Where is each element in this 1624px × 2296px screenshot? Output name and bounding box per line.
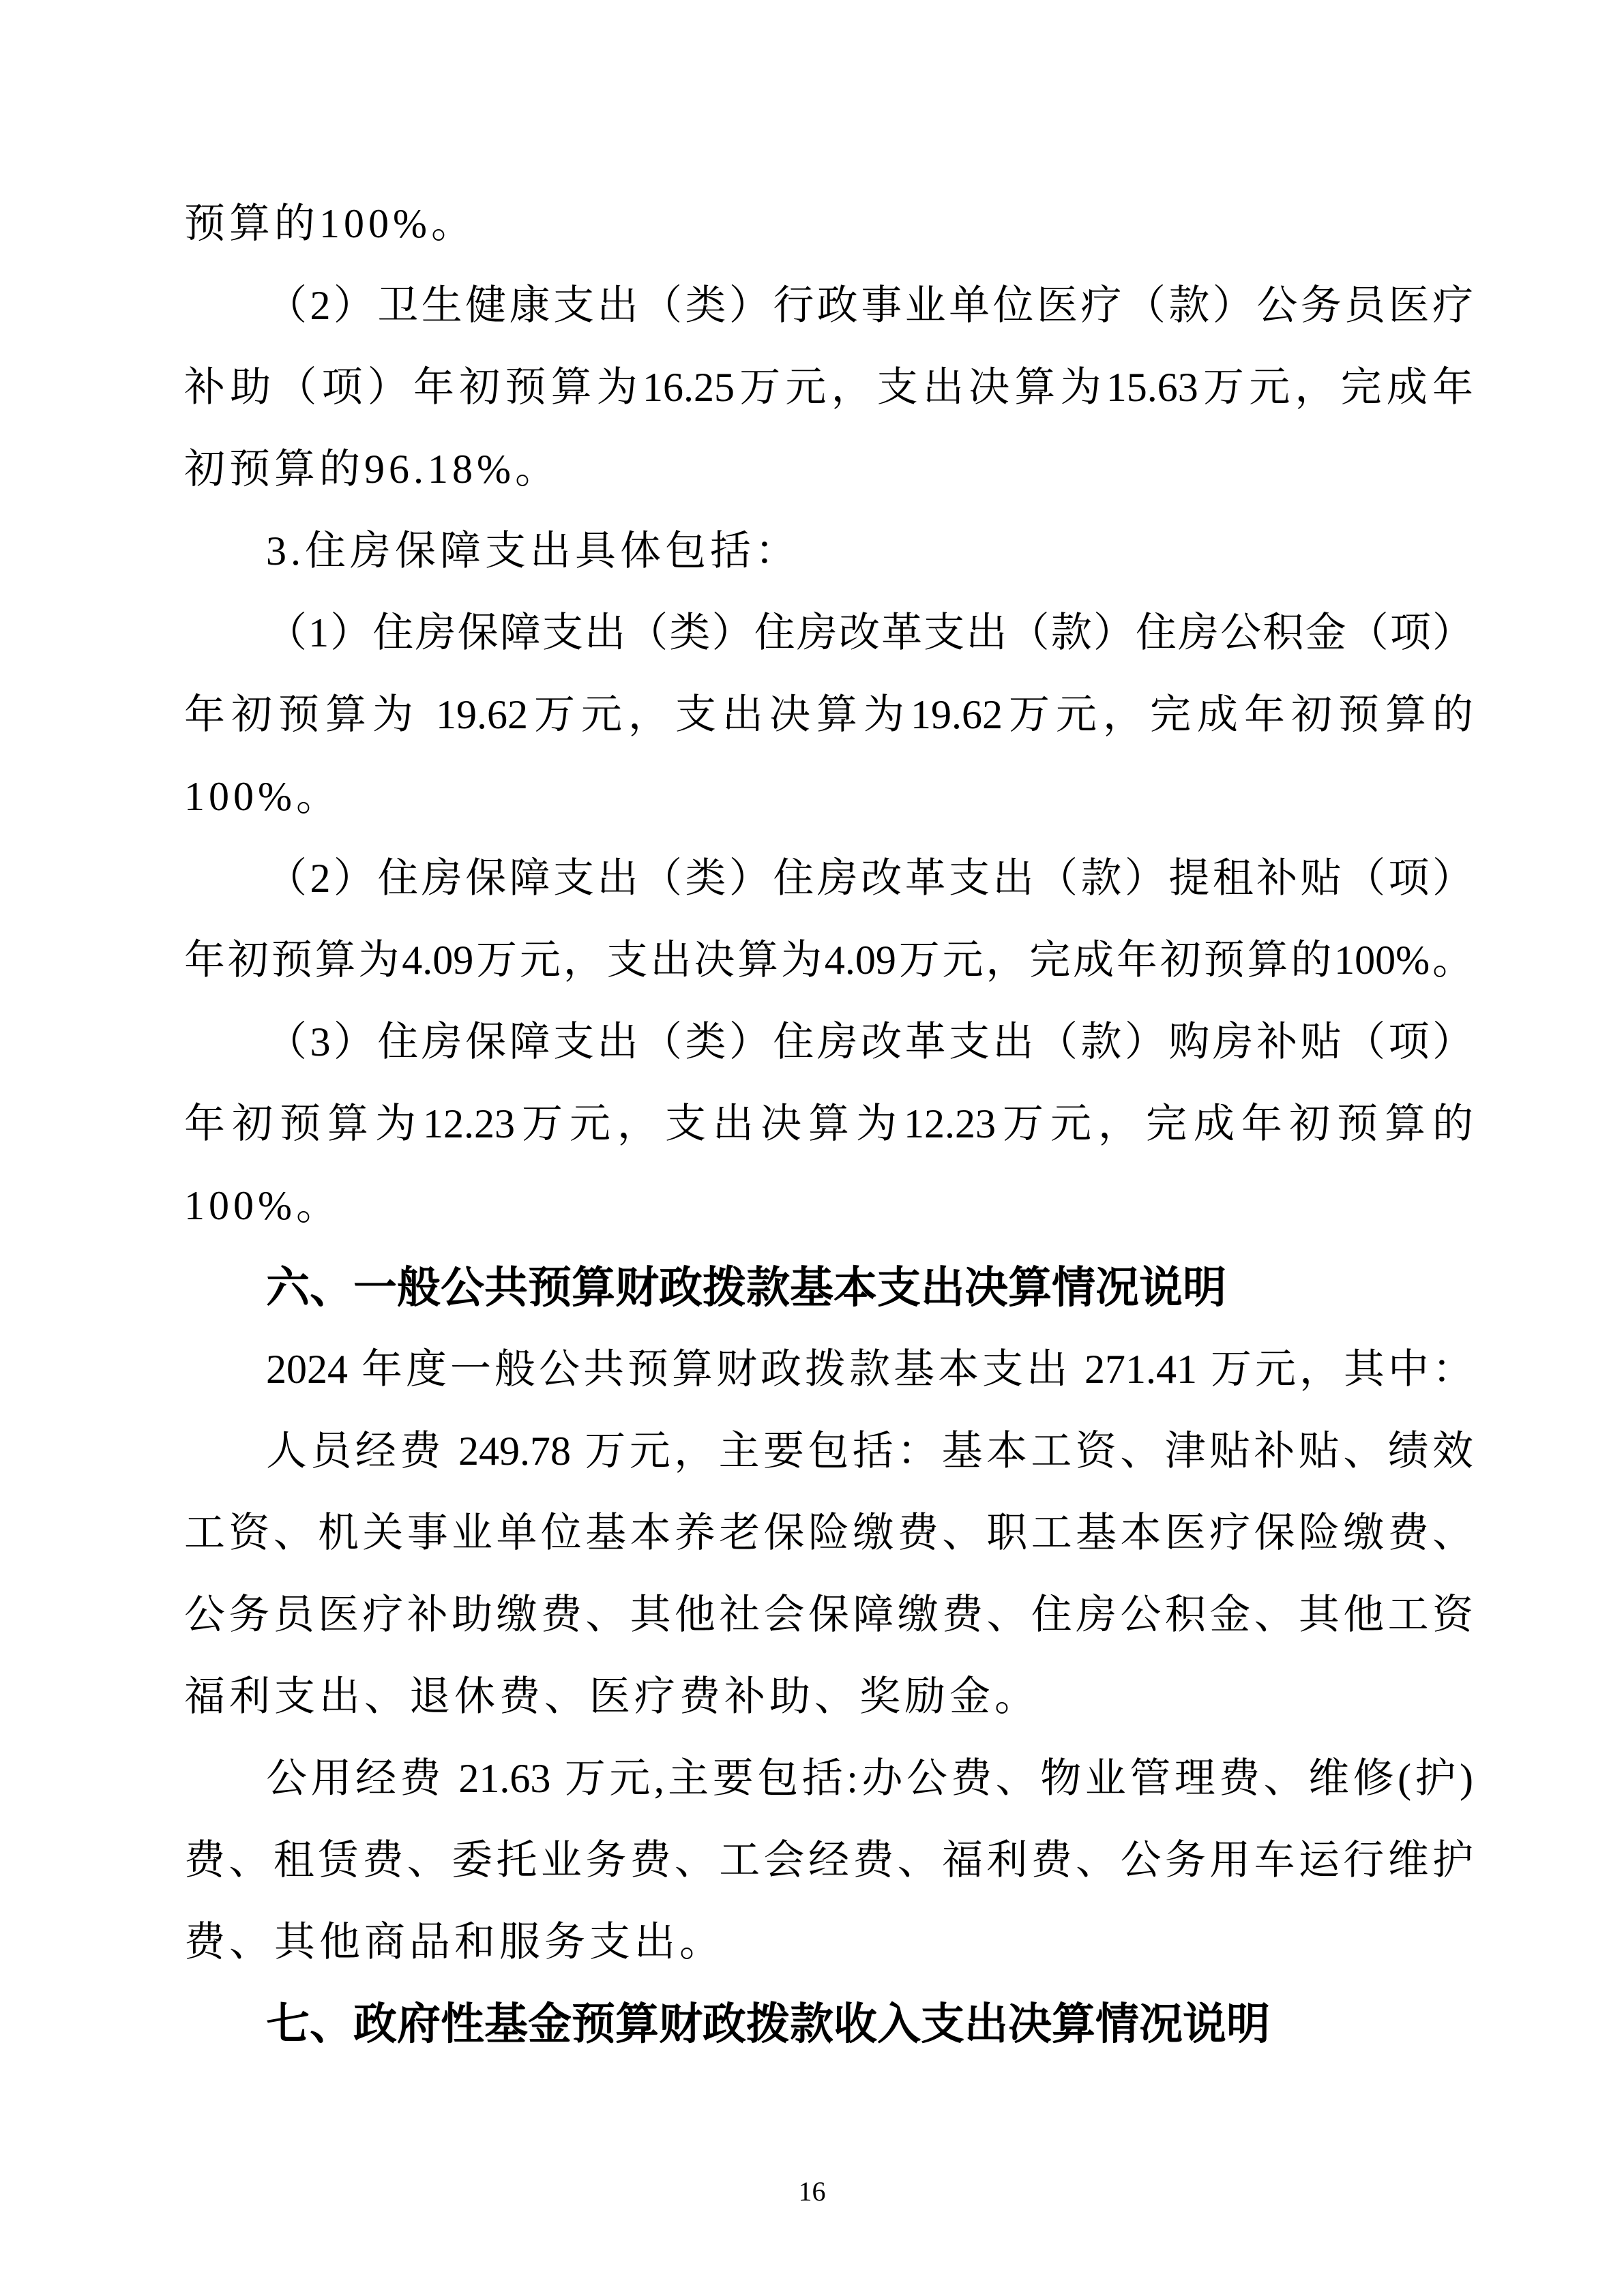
text-line: 补助（项）年初预算为16.25万元，支出决算为15.63万元，完成年 (184, 346, 1473, 428)
text-line: 100%。 (184, 756, 1473, 837)
page-body: 预算的100%。（2）卫生健康支出（类）行政事业单位医疗（款）公务员医疗补助（项… (184, 183, 1473, 2065)
text-line: 预算的100%。 (184, 183, 1473, 265)
text-line: 福利支出、退休费、医疗费补助、奖励金。 (184, 1656, 1473, 1738)
text-line: （1）住房保障支出（类）住房改革支出（款）住房公积金（项） (184, 592, 1473, 674)
text-line: 年初预算为 19.62万元，支出决算为19.62万元，完成年初预算的 (184, 674, 1473, 756)
text-line: （2）卫生健康支出（类）行政事业单位医疗（款）公务员医疗 (184, 265, 1473, 346)
text-line: 费、租赁费、委托业务费、工会经费、福利费、公务用车运行维护 (184, 1819, 1473, 1901)
text-line: 人员经费 249.78 万元，主要包括：基本工资、津贴补贴、绩效 (184, 1410, 1473, 1492)
text-line: （2）住房保障支出（类）住房改革支出（款）提租补贴（项） (184, 837, 1473, 919)
document-page: 预算的100%。（2）卫生健康支出（类）行政事业单位医疗（款）公务员医疗补助（项… (0, 0, 1624, 2296)
text-line: 初预算的96.18%。 (184, 428, 1473, 510)
text-line: 工资、机关事业单位基本养老保险缴费、职工基本医疗保险缴费、 (184, 1492, 1473, 1574)
text-line: 年初预算为12.23万元，支出决算为12.23万元，完成年初预算的 (184, 1083, 1473, 1165)
text-line: 3.住房保障支出具体包括： (184, 510, 1473, 592)
text-line: 年初预算为4.09万元，支出决算为4.09万元，完成年初预算的100%。 (184, 919, 1473, 1001)
heading-line: 七、政府性基金预算财政拨款收入支出决算情况说明 (184, 1983, 1473, 2065)
page-number: 16 (0, 2175, 1624, 2208)
text-line: 公用经费 21.63 万元,主要包括:办公费、物业管理费、维修(护) (184, 1738, 1473, 1819)
text-line: （3）住房保障支出（类）住房改革支出（款）购房补贴（项） (184, 1001, 1473, 1083)
text-line: 费、其他商品和服务支出。 (184, 1901, 1473, 1983)
text-line: 公务员医疗补助缴费、其他社会保障缴费、住房公积金、其他工资 (184, 1574, 1473, 1656)
text-line: 2024 年度一般公共预算财政拨款基本支出 271.41 万元，其中： (184, 1328, 1473, 1410)
heading-line: 六、一般公共预算财政拨款基本支出决算情况说明 (184, 1247, 1473, 1328)
text-line: 100%。 (184, 1165, 1473, 1247)
